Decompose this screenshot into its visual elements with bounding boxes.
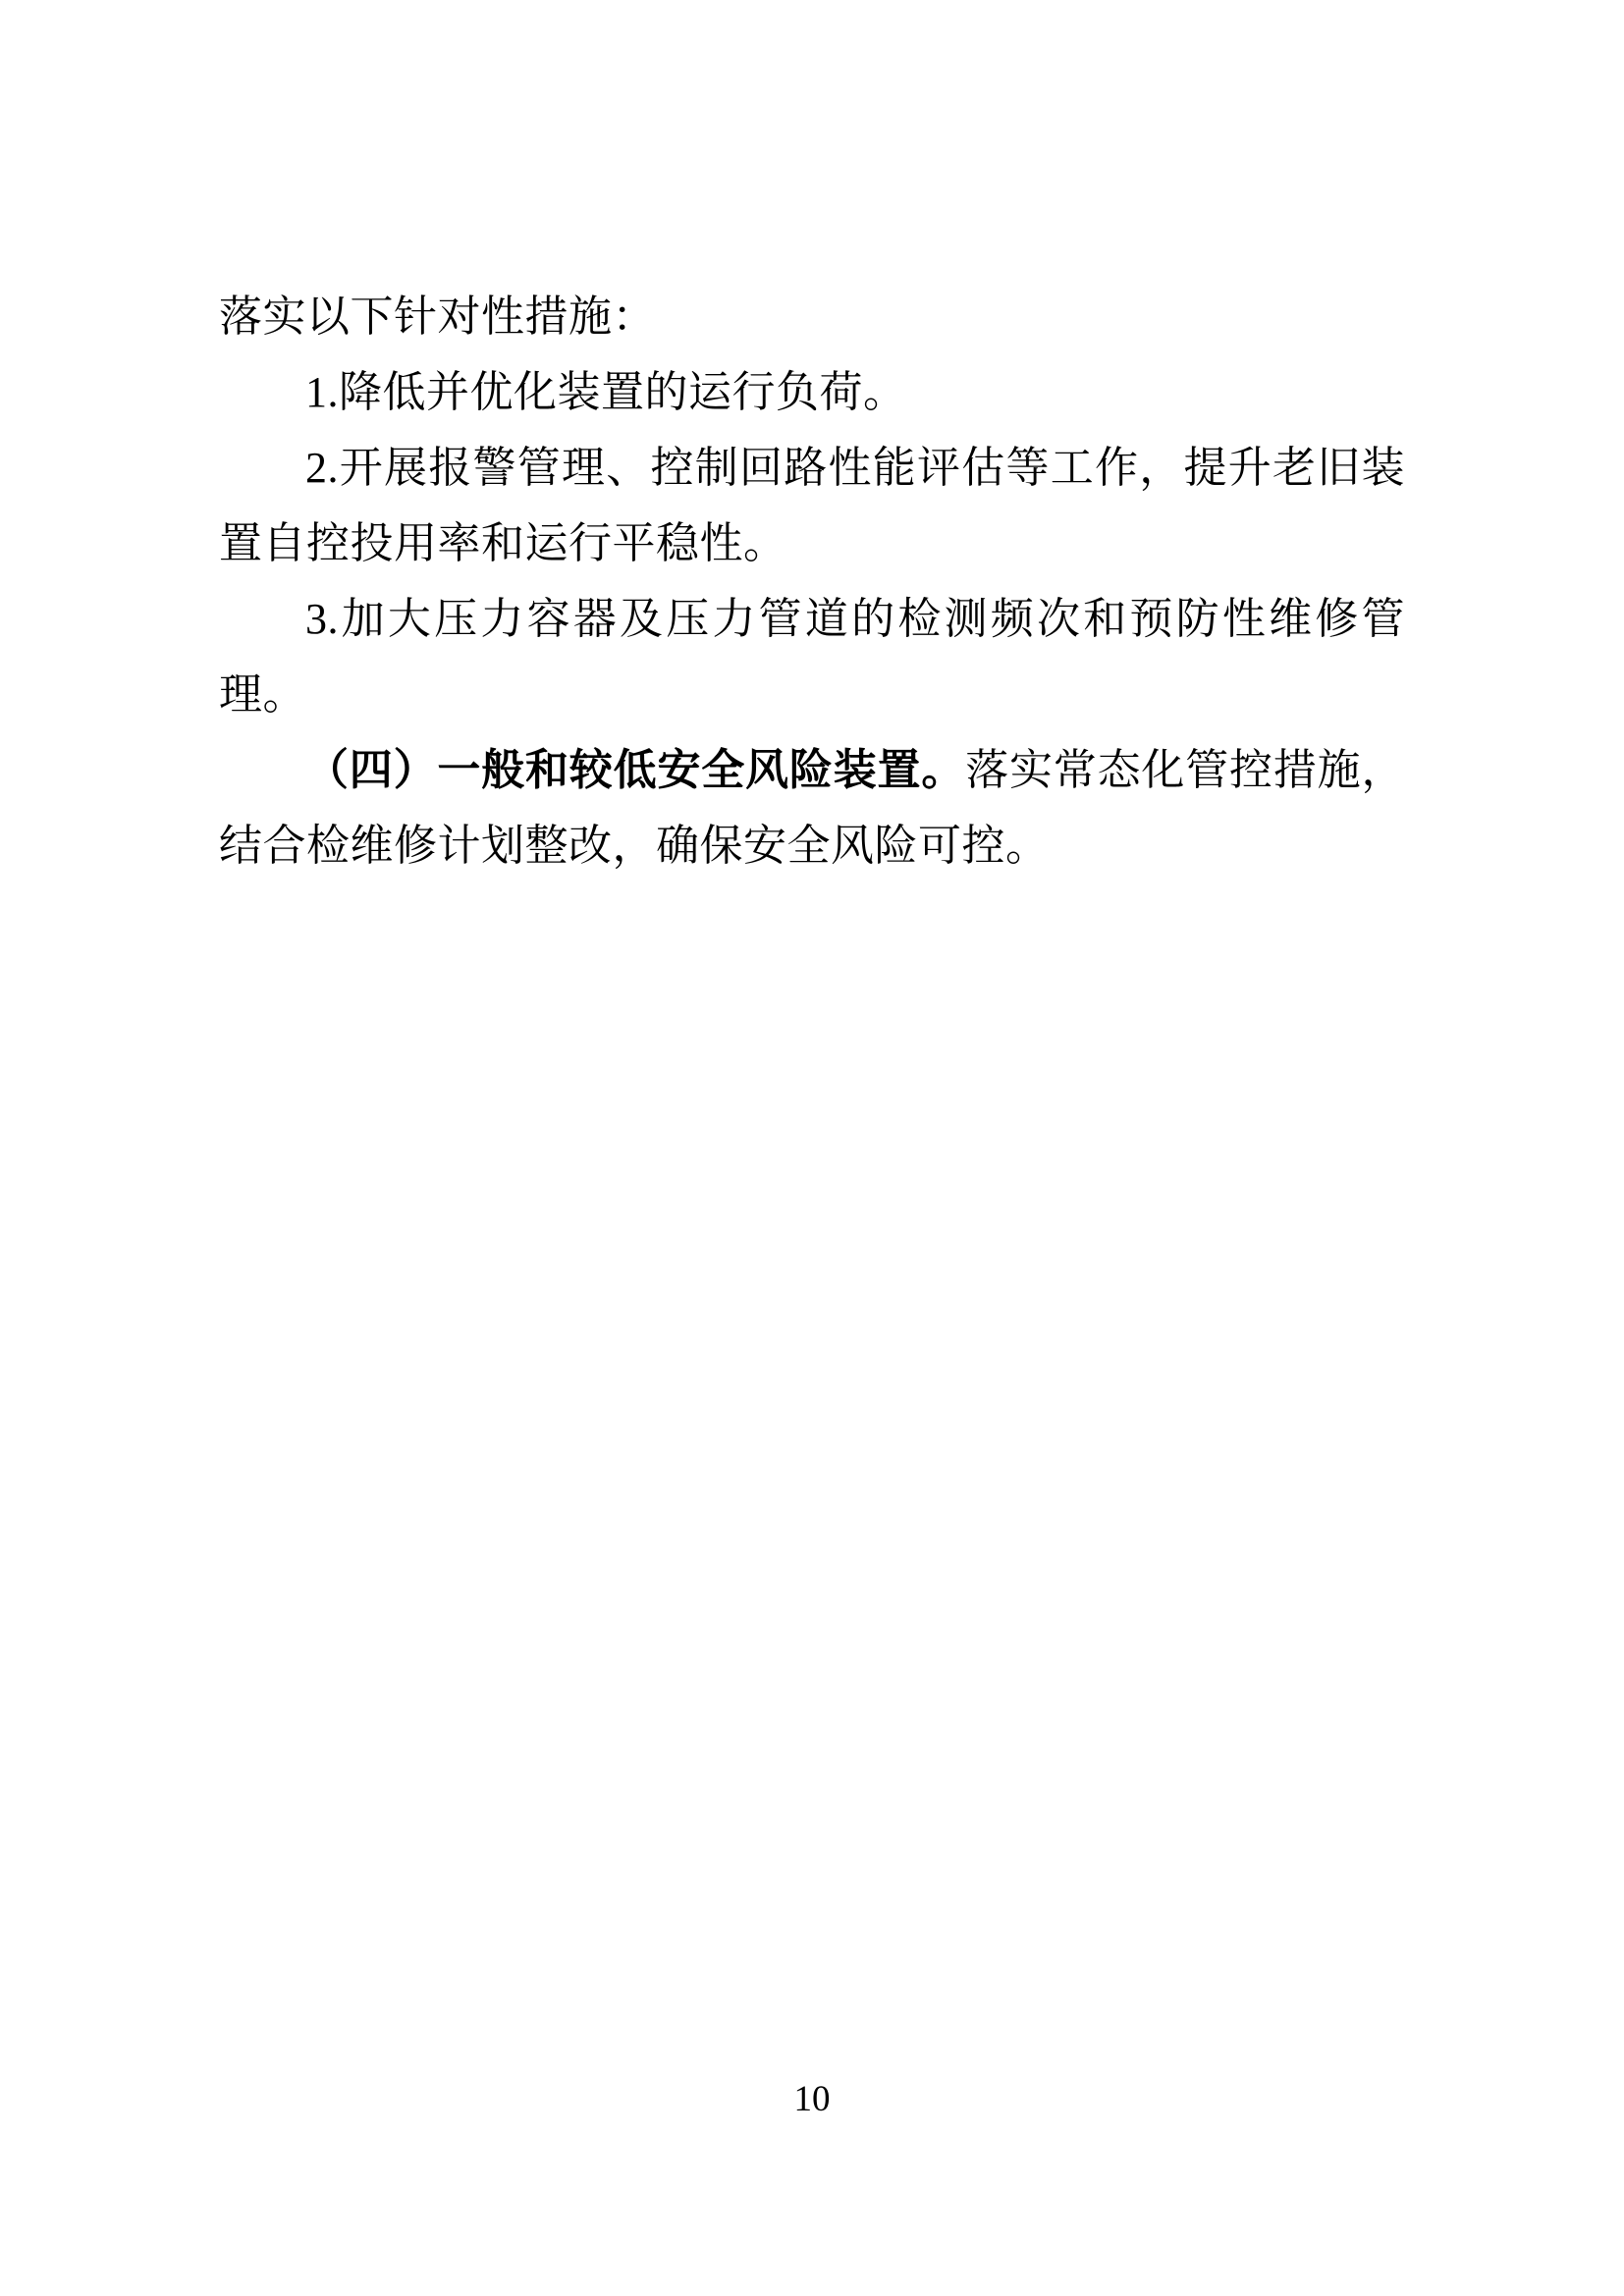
document-body: 落实以下针对性措施： 1.降低并优化装置的运行负荷。 2.开展报警管理、控制回路… — [219, 279, 1405, 883]
paragraph-intro: 落实以下针对性措施： — [219, 279, 1405, 354]
list-item-2: 2.开展报警管理、控制回路性能评估等工作，提升老旧装置自控投用率和运行平稳性。 — [219, 430, 1405, 581]
section-heading-bold-text: （四）一般和较低安全风险装置。 — [305, 746, 965, 794]
list-item-1: 1.降低并优化装置的运行负荷。 — [219, 354, 1405, 430]
page-number: 10 — [0, 2079, 1624, 2120]
list-item-3-text: 3.加大压力容器及压力管道的检测频次和预防性维修管理。 — [219, 595, 1405, 719]
paragraph-intro-text: 落实以下针对性措施： — [219, 293, 656, 341]
list-item-3: 3.加大压力容器及压力管道的检测频次和预防性维修管理。 — [219, 581, 1405, 732]
document-page: 落实以下针对性措施： 1.降低并优化装置的运行负荷。 2.开展报警管理、控制回路… — [0, 0, 1624, 2296]
list-item-2-text: 2.开展报警管理、控制回路性能评估等工作，提升老旧装置自控投用率和运行平稳性。 — [219, 444, 1405, 567]
list-item-1-text: 1.降低并优化装置的运行负荷。 — [305, 368, 907, 416]
section-heading-paragraph: （四）一般和较低安全风险装置。落实常态化管控措施，结合检维修计划整改，确保安全风… — [219, 732, 1405, 883]
